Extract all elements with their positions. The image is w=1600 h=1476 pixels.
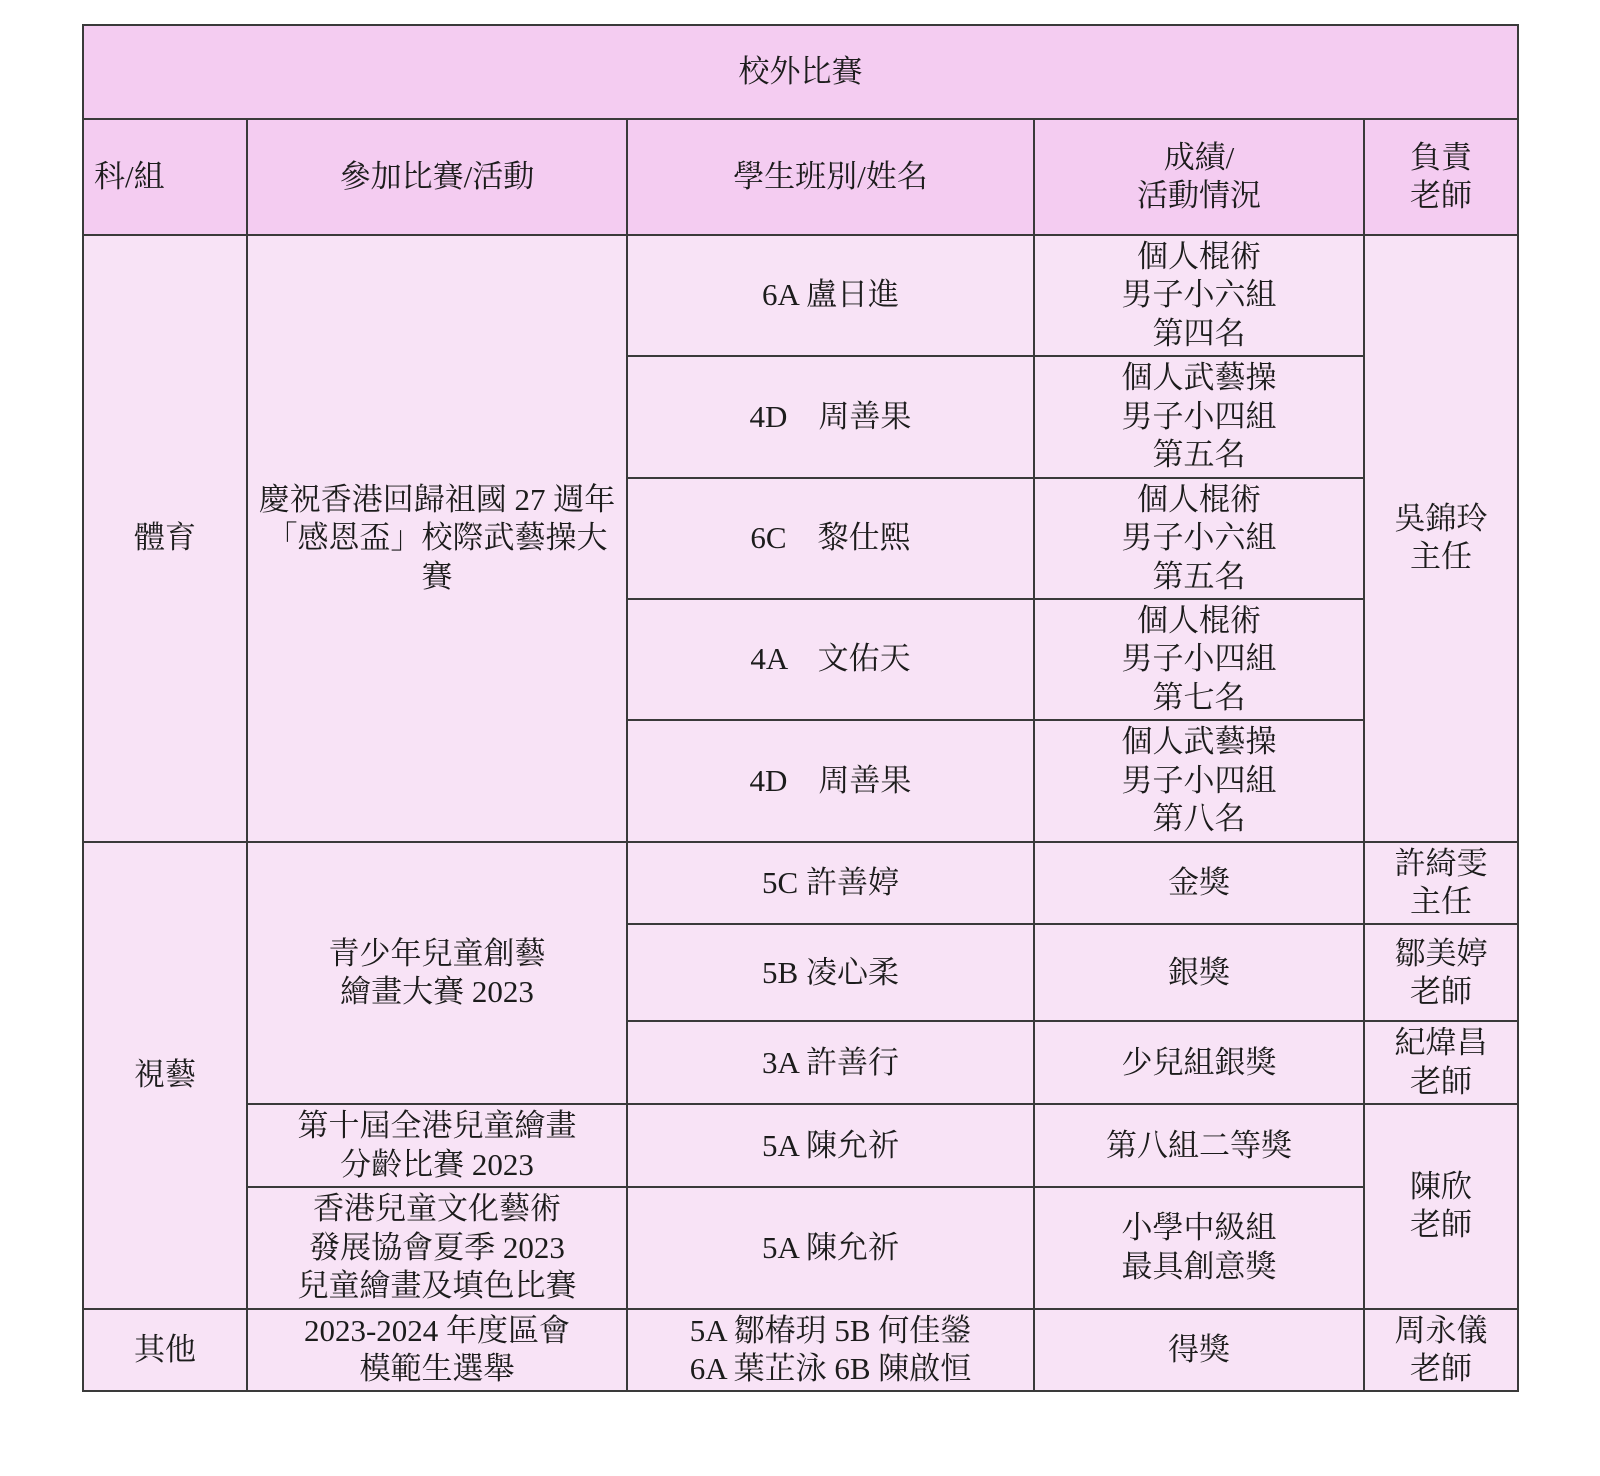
header-teacher: 負責 老師	[1364, 119, 1518, 235]
cell-result: 個人棍術 男子小六組 第四名	[1034, 235, 1364, 356]
cell-result: 個人棍術 男子小四組 第七名	[1034, 599, 1364, 720]
table-row: 其他 2023-2024 年度區會 模範生選舉 5A 鄒椿玥 5B 何佳鎣 6A…	[83, 1309, 1518, 1392]
cell-competition-va-1: 青少年兒童創藝 繪畫大賽 2023	[247, 842, 627, 1105]
cell-student: 4A 文佑天	[627, 599, 1034, 720]
table-row: 香港兒童文化藝術 發展協會夏季 2023 兒童繪畫及填色比賽 5A 陳允祈 小學…	[83, 1187, 1518, 1308]
cell-teacher: 紀煒昌 老師	[1364, 1021, 1518, 1104]
cell-result: 第八組二等獎	[1034, 1104, 1364, 1187]
cell-result: 個人武藝操 男子小四組 第五名	[1034, 356, 1364, 477]
cell-student: 6A 盧日進	[627, 235, 1034, 356]
cell-student: 6C 黎仕熙	[627, 478, 1034, 599]
cell-teacher: 鄒美婷 老師	[1364, 924, 1518, 1021]
cell-group-va: 視藝	[83, 842, 247, 1309]
header-result: 成績/ 活動情況	[1034, 119, 1364, 235]
cell-student: 5A 陳允祈	[627, 1104, 1034, 1187]
cell-result: 金獎	[1034, 842, 1364, 925]
cell-student: 5A 鄒椿玥 5B 何佳鎣 6A 葉芷泳 6B 陳啟恒	[627, 1309, 1034, 1392]
competition-table-wrap: 校外比賽 科/組 參加比賽/活動 學生班別/姓名 成績/ 活動情況 負責 老師 …	[82, 24, 1519, 1392]
cell-teacher-pe: 吳錦玲 主任	[1364, 235, 1518, 842]
cell-teacher: 陳欣 老師	[1364, 1104, 1518, 1308]
cell-student: 4D 周善果	[627, 720, 1034, 841]
cell-result: 小學中級組 最具創意獎	[1034, 1187, 1364, 1308]
cell-student: 3A 許善行	[627, 1021, 1034, 1104]
cell-group-other: 其他	[83, 1309, 247, 1392]
cell-student: 5C 許善婷	[627, 842, 1034, 925]
table-row: 第十屆全港兒童繪畫 分齡比賽 2023 5A 陳允祈 第八組二等獎 陳欣 老師	[83, 1104, 1518, 1187]
cell-competition-other: 2023-2024 年度區會 模範生選舉	[247, 1309, 627, 1392]
cell-result: 得獎	[1034, 1309, 1364, 1392]
header-student: 學生班別/姓名	[627, 119, 1034, 235]
cell-teacher: 周永儀 老師	[1364, 1309, 1518, 1392]
header-competition: 參加比賽/活動	[247, 119, 627, 235]
table-row: 視藝 青少年兒童創藝 繪畫大賽 2023 5C 許善婷 金獎 許綺雯 主任	[83, 842, 1518, 925]
cell-student: 4D 周善果	[627, 356, 1034, 477]
cell-teacher: 許綺雯 主任	[1364, 842, 1518, 925]
cell-competition-va-3: 香港兒童文化藝術 發展協會夏季 2023 兒童繪畫及填色比賽	[247, 1187, 627, 1308]
table-row: 體育 慶祝香港回歸祖國 27 週年 「感恩盃」校際武藝操大 賽 6A 盧日進 個…	[83, 235, 1518, 356]
cell-group-pe: 體育	[83, 235, 247, 842]
cell-result: 個人棍術 男子小六組 第五名	[1034, 478, 1364, 599]
header-group: 科/組	[83, 119, 247, 235]
cell-result: 銀獎	[1034, 924, 1364, 1021]
page: { "table": { "title": "校外比賽", "colors": …	[0, 0, 1600, 1476]
cell-result: 少兒組銀獎	[1034, 1021, 1364, 1104]
competition-table: 校外比賽 科/組 參加比賽/活動 學生班別/姓名 成績/ 活動情況 負責 老師 …	[82, 24, 1519, 1392]
cell-competition-va-2: 第十屆全港兒童繪畫 分齡比賽 2023	[247, 1104, 627, 1187]
cell-student: 5A 陳允祈	[627, 1187, 1034, 1308]
cell-student: 5B 凌心柔	[627, 924, 1034, 1021]
cell-competition-pe: 慶祝香港回歸祖國 27 週年 「感恩盃」校際武藝操大 賽	[247, 235, 627, 842]
table-title: 校外比賽	[83, 25, 1518, 119]
cell-result: 個人武藝操 男子小四組 第八名	[1034, 720, 1364, 841]
